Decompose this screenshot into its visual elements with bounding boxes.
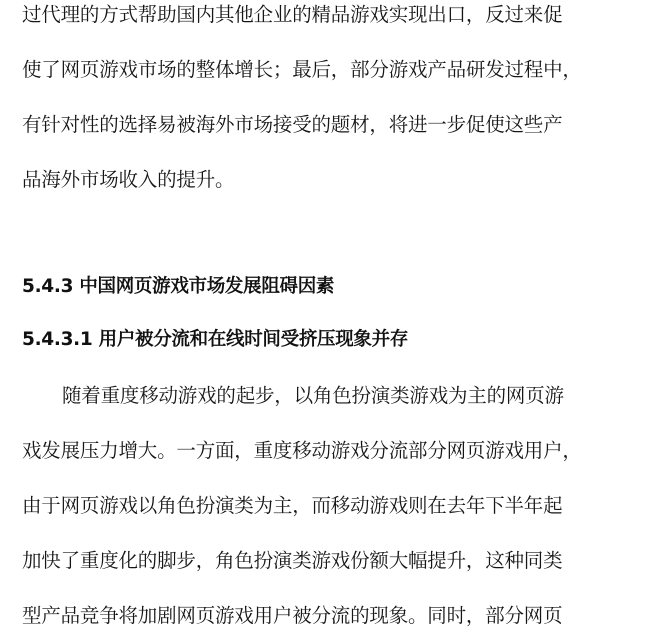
- subsection-heading: 5.4.3.1 用户被分流和在线时间受挤压现象并存: [22, 327, 408, 353]
- paragraph-line: 过代理的方式帮助国内其他企业的精品游戏实现出口，反过来促: [22, 2, 562, 28]
- paragraph-line: 使了网页游戏市场的整体增长；最后，部分游戏产品研发过程中，: [22, 57, 582, 83]
- section-heading: 5.4.3 中国网页游戏市场发展阻碍因素: [22, 274, 334, 300]
- document-page: 过代理的方式帮助国内其他企业的精品游戏实现出口，反过来促 使了网页游戏市场的整体…: [0, 0, 650, 630]
- paragraph-line: 品海外市场收入的提升。: [22, 167, 234, 193]
- paragraph-line: 有针对性的选择易被海外市场接受的题材，将进一步促使这些产: [22, 112, 562, 138]
- paragraph-line: 加快了重度化的脚步，角色扮演类游戏份额大幅提升，这种同类: [22, 548, 562, 574]
- paragraph-line: 戏发展压力增大。一方面，重度移动游戏分流部分网页游戏用户，: [22, 438, 582, 464]
- paragraph-line: 型产品竞争将加剧网页游戏用户被分流的现象。同时，部分网页: [22, 603, 562, 629]
- paragraph-line: 由于网页游戏以角色扮演类为主，而移动游戏则在去年下半年起: [22, 493, 562, 519]
- paragraph-line: 随着重度移动游戏的起步，以角色扮演类游戏为主的网页游: [62, 383, 564, 409]
